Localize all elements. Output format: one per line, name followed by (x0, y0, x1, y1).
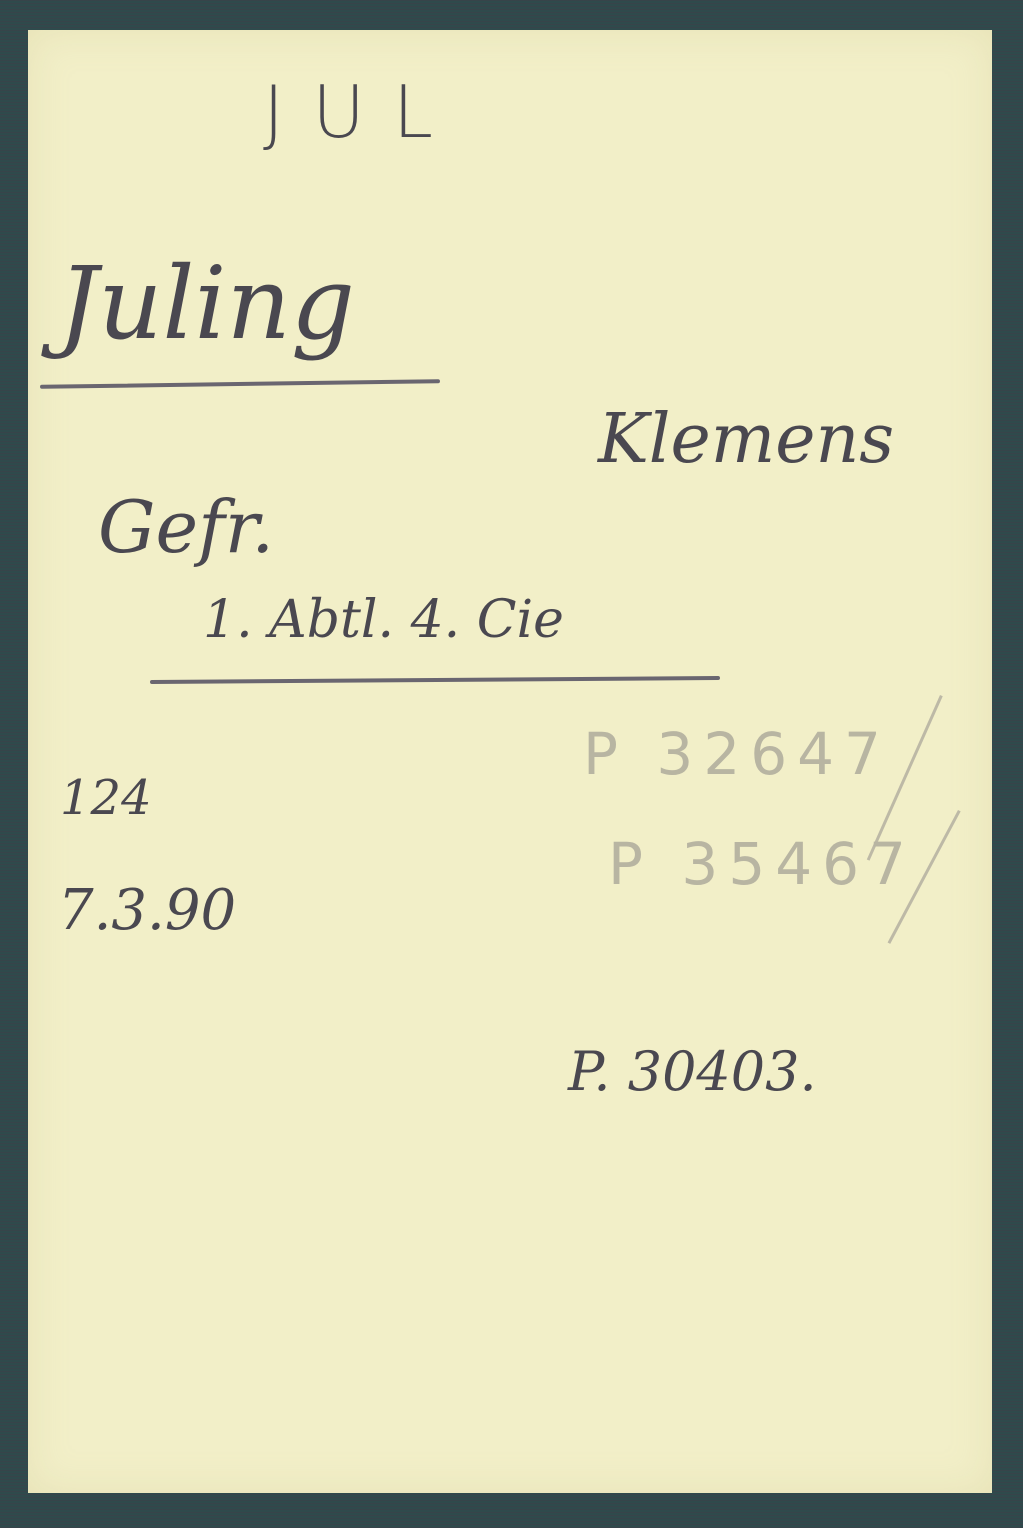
unit: 1. Abtl. 4. Cie (203, 590, 564, 650)
given-name: Klemens (598, 400, 894, 479)
code-label: JUL (263, 70, 461, 154)
pencil-ref-1: P 32647 (583, 720, 891, 788)
number: 124 (60, 770, 152, 826)
rank: Gefr. (98, 485, 274, 569)
surname-underline (40, 379, 440, 389)
unit-underline (150, 676, 720, 684)
reference-number: P. 30403. (568, 1040, 817, 1103)
surname: Juling (58, 245, 355, 362)
pencil-ref-2: P 35467 (608, 830, 916, 898)
index-card: JUL Juling Klemens Gefr. 1. Abtl. 4. Cie… (28, 30, 992, 1493)
date: 7.3.90 (58, 878, 236, 943)
